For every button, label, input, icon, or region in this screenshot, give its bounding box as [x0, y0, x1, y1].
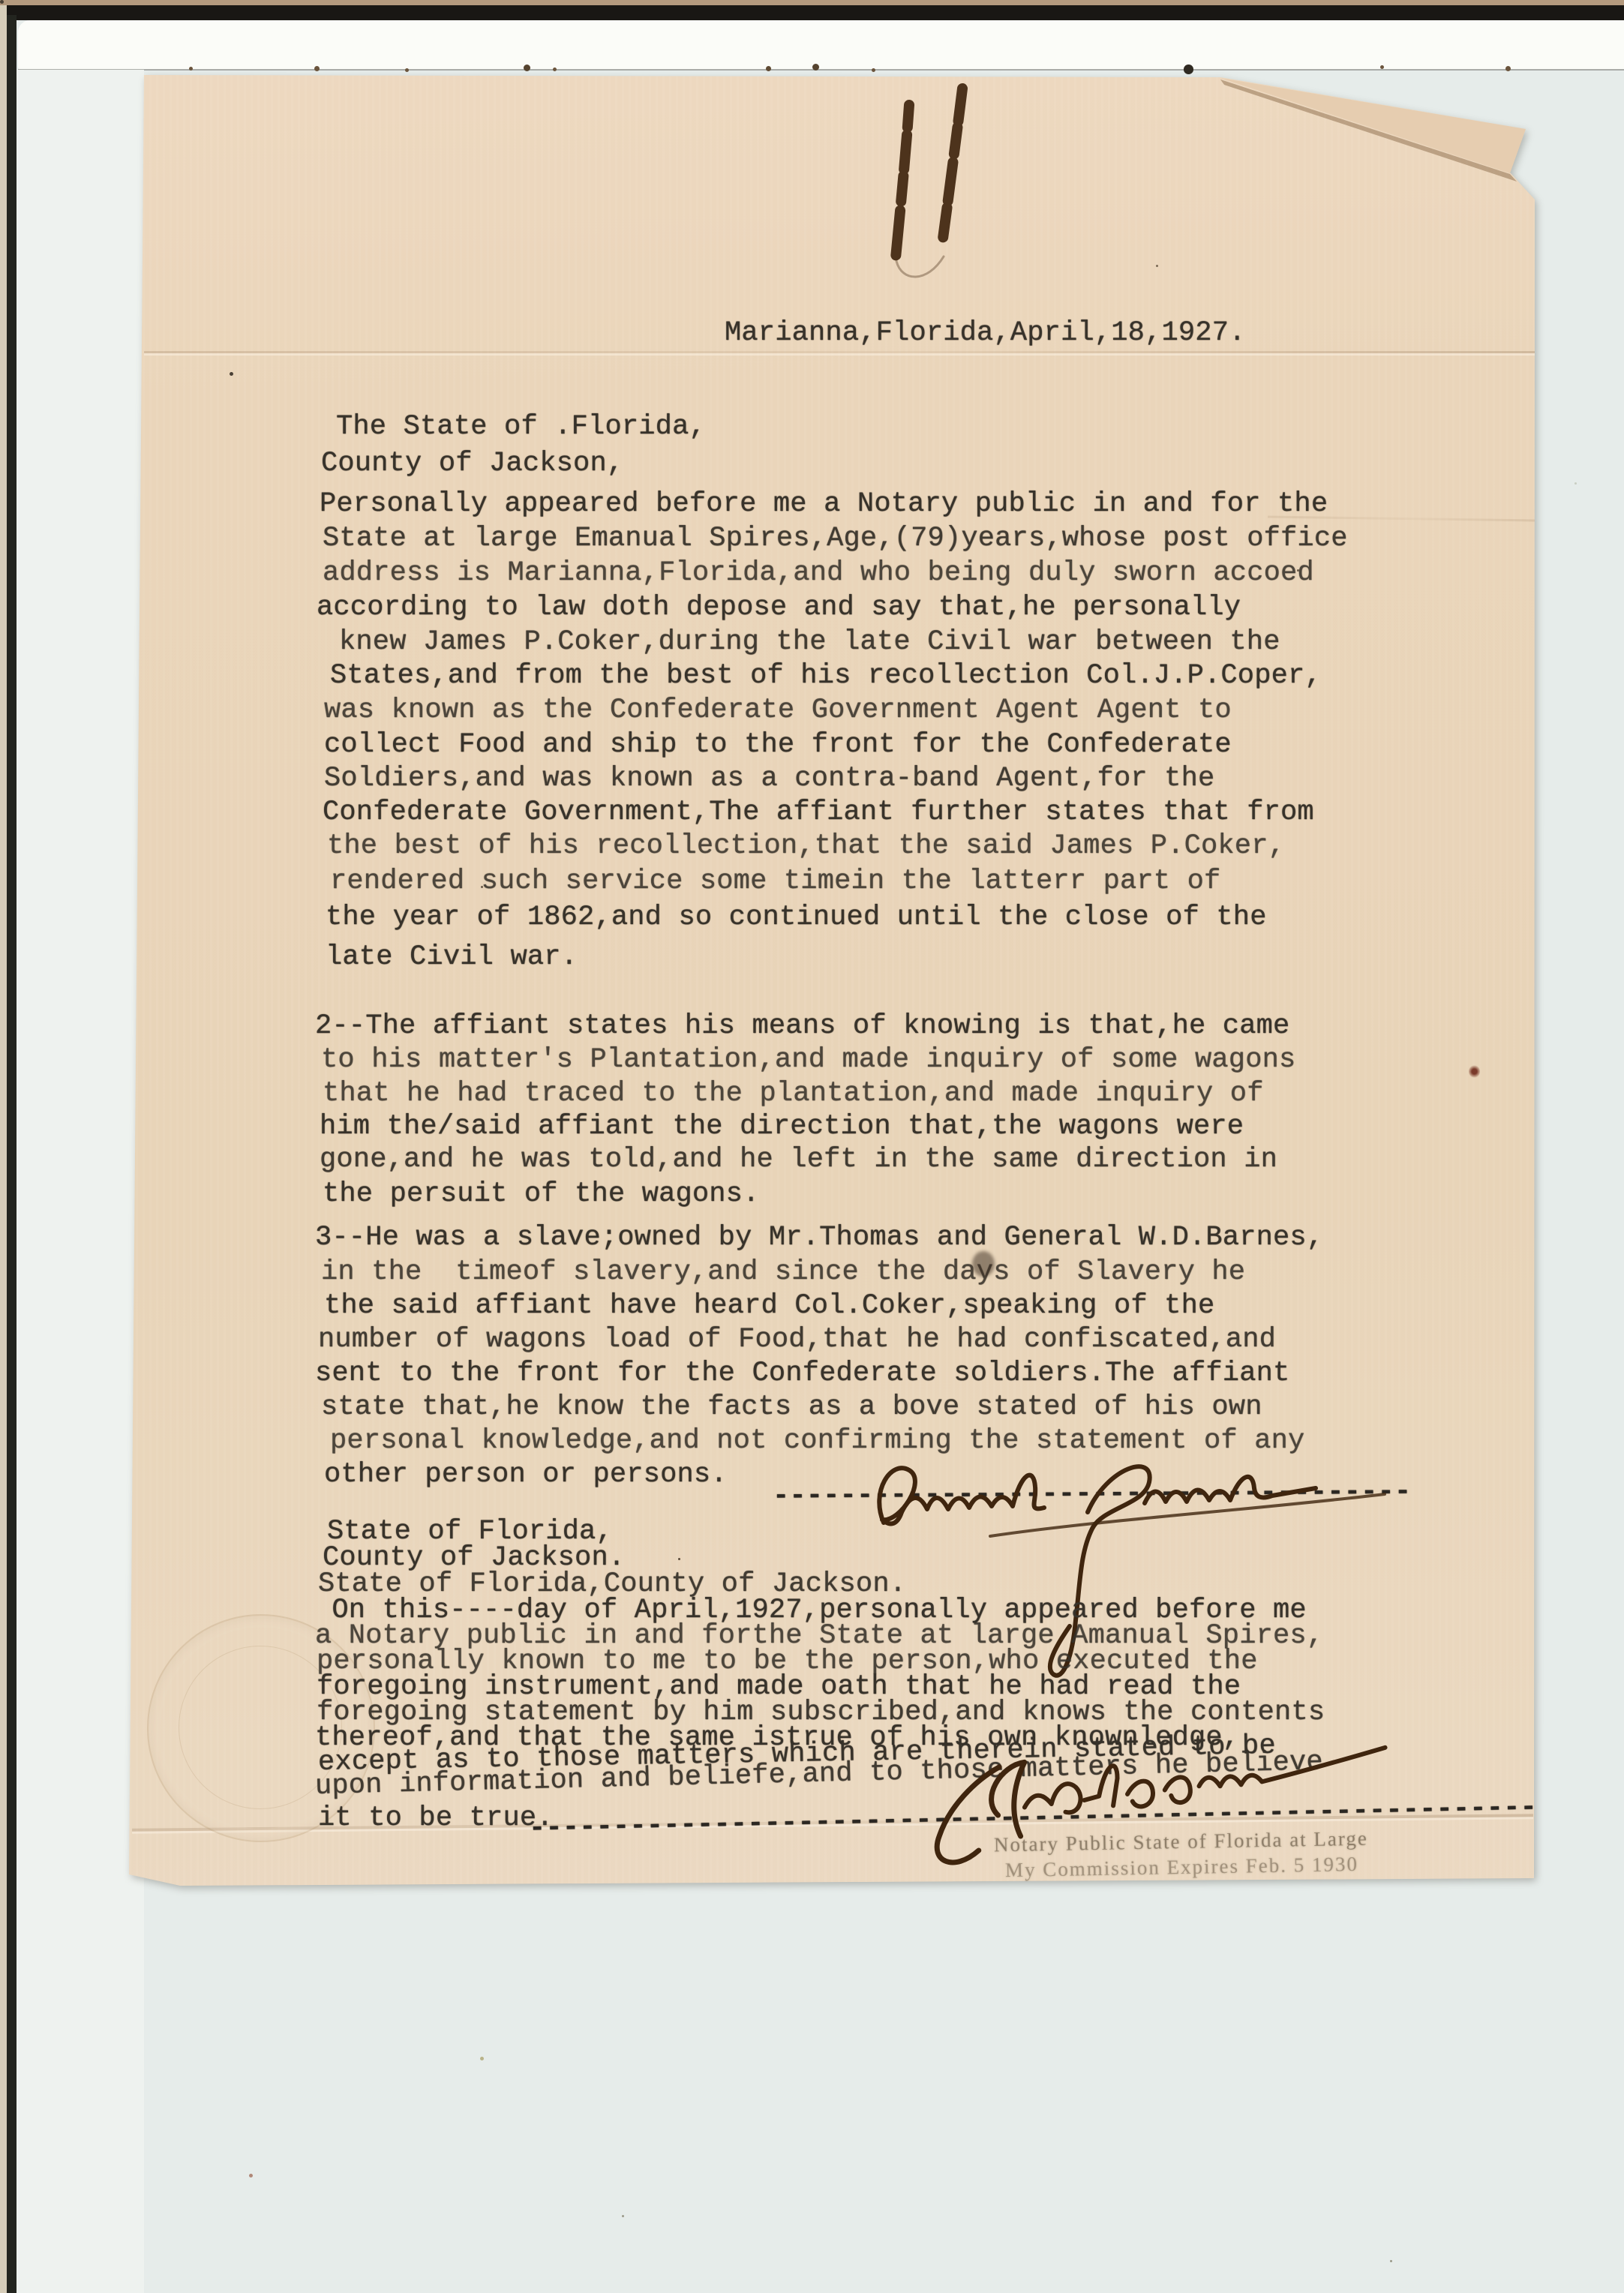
typed-line: State at large Emanual Spires,Age,(79)ye… — [323, 524, 1348, 554]
typed-line: the persuit of the wagons. — [323, 1179, 760, 1209]
paper-specks — [0, 0, 4, 4]
typed-line: the said affiant have heard Col.Coker,sp… — [324, 1291, 1214, 1321]
typed-line: other person or persons. — [324, 1460, 728, 1490]
typed-line: gone,and he was told,and he left in the … — [320, 1145, 1277, 1175]
typed-line: States,and from the best of his recollec… — [330, 661, 1322, 691]
typed-line: 3--He was a slave;owned by Mr.Thomas and… — [315, 1223, 1323, 1253]
typed-line: 2--The affiant states his means of knowi… — [315, 1011, 1289, 1041]
ink-blot — [972, 1251, 995, 1277]
typed-line: in the timeof slavery,and since the days… — [321, 1257, 1245, 1287]
typed-line: Soldiers,and was known as a contra-band … — [324, 764, 1214, 794]
notary-line: it to be true. — [318, 1803, 554, 1833]
typed-line: Personally appeared before me a Notary p… — [320, 489, 1328, 519]
typed-line: sent to the front for the Confederate so… — [315, 1358, 1289, 1388]
paper-stain-spot — [1469, 1065, 1480, 1078]
typed-line: late Civil war. — [326, 942, 578, 972]
typed-line: the year of 1862,and so continued until … — [326, 902, 1267, 932]
scanned-document-page: Marianna,Florida,April,18,1927. The Stat… — [0, 0, 1624, 2293]
typed-line: him the/said affiant the direction that,… — [320, 1112, 1244, 1142]
dateline: Marianna,Florida,April,18,1927. — [725, 318, 1246, 348]
typed-line: knew James P.Coker,during the late Civil… — [339, 627, 1280, 657]
salutation-line: County of Jackson, — [321, 449, 623, 479]
typed-line: address is Marianna,Florida,and who bein… — [323, 558, 1314, 588]
typed-line: rendered such service some timein the la… — [330, 866, 1220, 896]
handwritten-11-mark — [863, 68, 1020, 293]
typed-line: the best of his recollection,that the sa… — [327, 831, 1285, 861]
typed-line: was known as the Confederate Government … — [324, 695, 1232, 725]
typed-line: to his matter's Plantation,and made inqu… — [321, 1045, 1295, 1075]
typed-line: collect Food and ship to the front for t… — [324, 730, 1232, 760]
typed-line: state that,he know the facts as a bove s… — [321, 1392, 1262, 1422]
typed-line: Confederate Government,The affiant furth… — [323, 797, 1314, 827]
typed-line: number of wagons load of Food,that he ha… — [318, 1325, 1276, 1355]
typed-line: that he had traced to the plantation,and… — [323, 1079, 1264, 1109]
salutation-line: The State of .Florida, — [336, 412, 706, 442]
typed-line: according to law doth depose and say tha… — [317, 593, 1241, 623]
